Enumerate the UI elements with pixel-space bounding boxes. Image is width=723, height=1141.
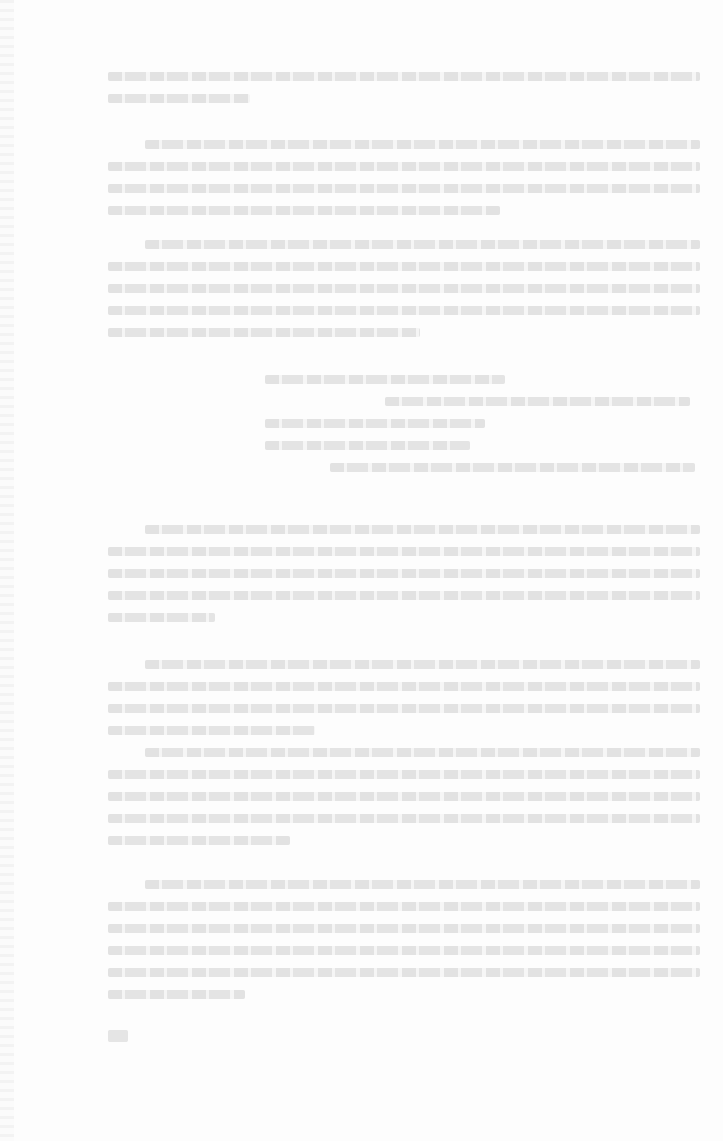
text-line xyxy=(108,946,700,955)
text-line xyxy=(385,397,690,406)
text-line xyxy=(108,206,500,215)
text-line xyxy=(108,547,700,556)
text-line xyxy=(108,72,700,81)
text-line xyxy=(108,682,700,691)
text-line xyxy=(108,814,700,823)
text-line xyxy=(108,902,700,911)
text-line xyxy=(145,880,700,889)
text-line xyxy=(108,704,700,713)
text-line xyxy=(145,525,700,534)
text-line xyxy=(330,463,695,472)
text-line xyxy=(108,262,700,271)
text-line xyxy=(108,184,700,193)
text-line xyxy=(108,726,315,735)
text-line xyxy=(108,162,700,171)
text-line xyxy=(145,660,700,669)
text-line xyxy=(108,924,700,933)
text-line xyxy=(108,836,290,845)
text-line xyxy=(145,240,700,249)
text-line xyxy=(265,375,505,384)
text-line xyxy=(108,792,700,801)
text-line xyxy=(108,770,700,779)
text-line xyxy=(145,140,700,149)
text-line xyxy=(108,990,245,999)
text-line xyxy=(265,419,485,428)
page-number xyxy=(108,1030,128,1042)
text-line xyxy=(108,328,420,337)
text-line xyxy=(108,591,700,600)
text-line xyxy=(265,441,470,450)
scan-page-edge xyxy=(0,0,14,1141)
text-line xyxy=(108,306,700,315)
text-line xyxy=(108,569,700,578)
text-line xyxy=(108,94,250,103)
text-line xyxy=(145,748,700,757)
text-line xyxy=(108,613,215,622)
text-line xyxy=(108,968,700,977)
text-line xyxy=(108,284,700,293)
